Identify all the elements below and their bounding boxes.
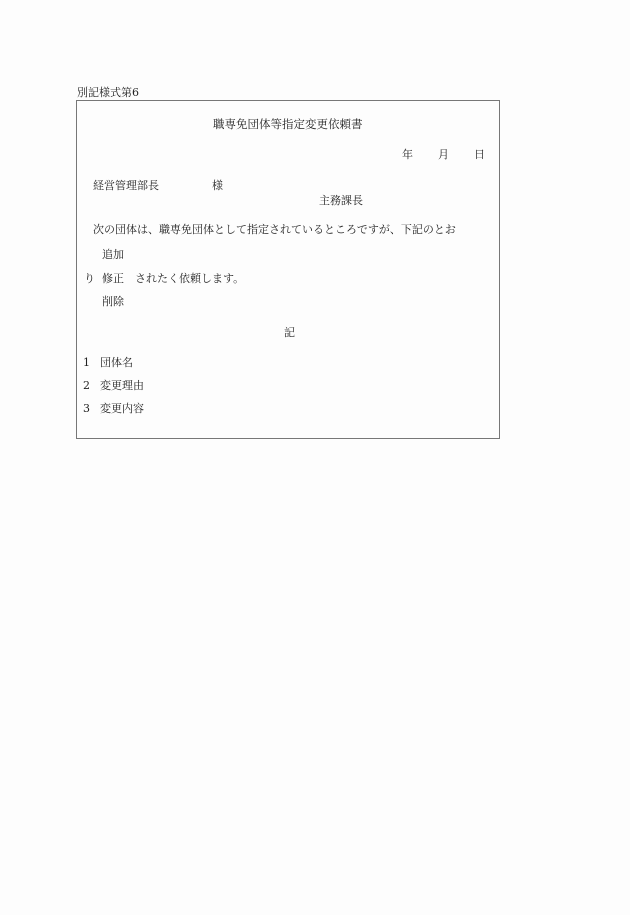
option-modify: 修正 [102,273,124,284]
item-num-3: 3 [83,403,90,414]
addressee-honorific: 様 [212,180,223,191]
item-num-2: 2 [83,380,90,391]
item-label-3: 変更内容 [100,403,144,414]
date-month: 月 [438,149,449,160]
option-delete: 削除 [102,296,124,307]
document-title: 職専免団体等指定変更依頼書 [213,119,363,131]
item-label-1: 団体名 [100,357,133,368]
item-num-1: 1 [83,357,90,368]
ki-heading: 記 [284,327,295,338]
option-add: 追加 [102,249,124,260]
item-label-2: 変更理由 [100,380,144,391]
addressee-name: 経営管理部長 [93,180,159,191]
sender: 主務課長 [319,195,363,206]
form-label: 別記様式第6 [77,87,139,98]
body-line-1: 次の団体は、職専免団体として指定されているところですが、下記のとお [93,224,456,235]
body-prefix: り [84,273,95,284]
date-day: 日 [474,149,485,160]
date-year: 年 [402,149,413,160]
body-line-2: されたく依頼します。 [135,273,244,284]
